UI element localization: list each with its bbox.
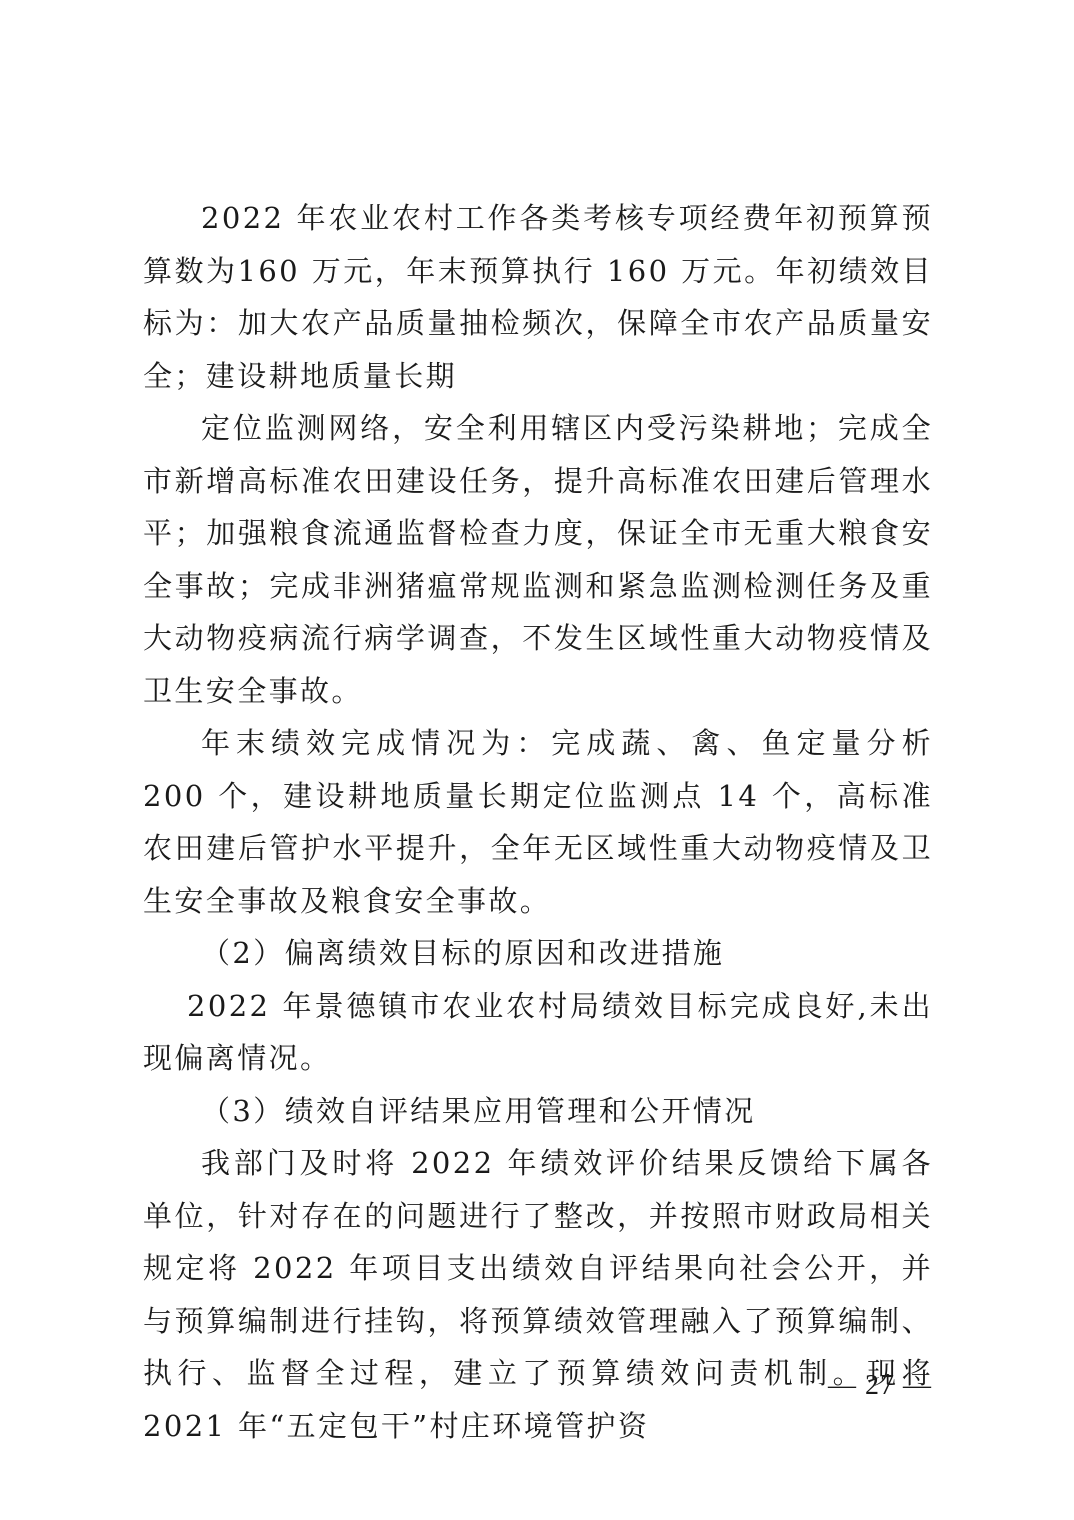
document-page: 2022 年农业农村工作各类考核专项经费年初预算预算数为160 万元，年末预算执…	[0, 0, 1074, 1520]
section-heading-deviation: （2）偏离绩效目标的原因和改进措施	[143, 927, 933, 980]
page-number: — 27 —	[828, 1370, 932, 1402]
paragraph-deviation: 2022 年景德镇市农业农村局绩效目标完成良好,未出现偏离情况。	[143, 980, 933, 1085]
paragraph-year-end-results: 年末绩效完成情况为：完成蔬、禽、鱼定量分析 200 个，建设耕地质量长期定位监测…	[143, 717, 933, 927]
paragraph-budget-goals: 2022 年农业农村工作各类考核专项经费年初预算预算数为160 万元，年末预算执…	[143, 192, 933, 402]
paragraph-application: 我部门及时将 2022 年绩效评价结果反馈给下属各单位，针对存在的问题进行了整改…	[143, 1137, 933, 1452]
section-heading-application: （3）绩效自评结果应用管理和公开情况	[143, 1085, 933, 1138]
paragraph-goals-continued: 定位监测网络，安全利用辖区内受污染耕地；完成全市新增高标准农田建设任务，提升高标…	[143, 402, 933, 717]
body-text: 2022 年农业农村工作各类考核专项经费年初预算预算数为160 万元，年末预算执…	[143, 192, 933, 1452]
